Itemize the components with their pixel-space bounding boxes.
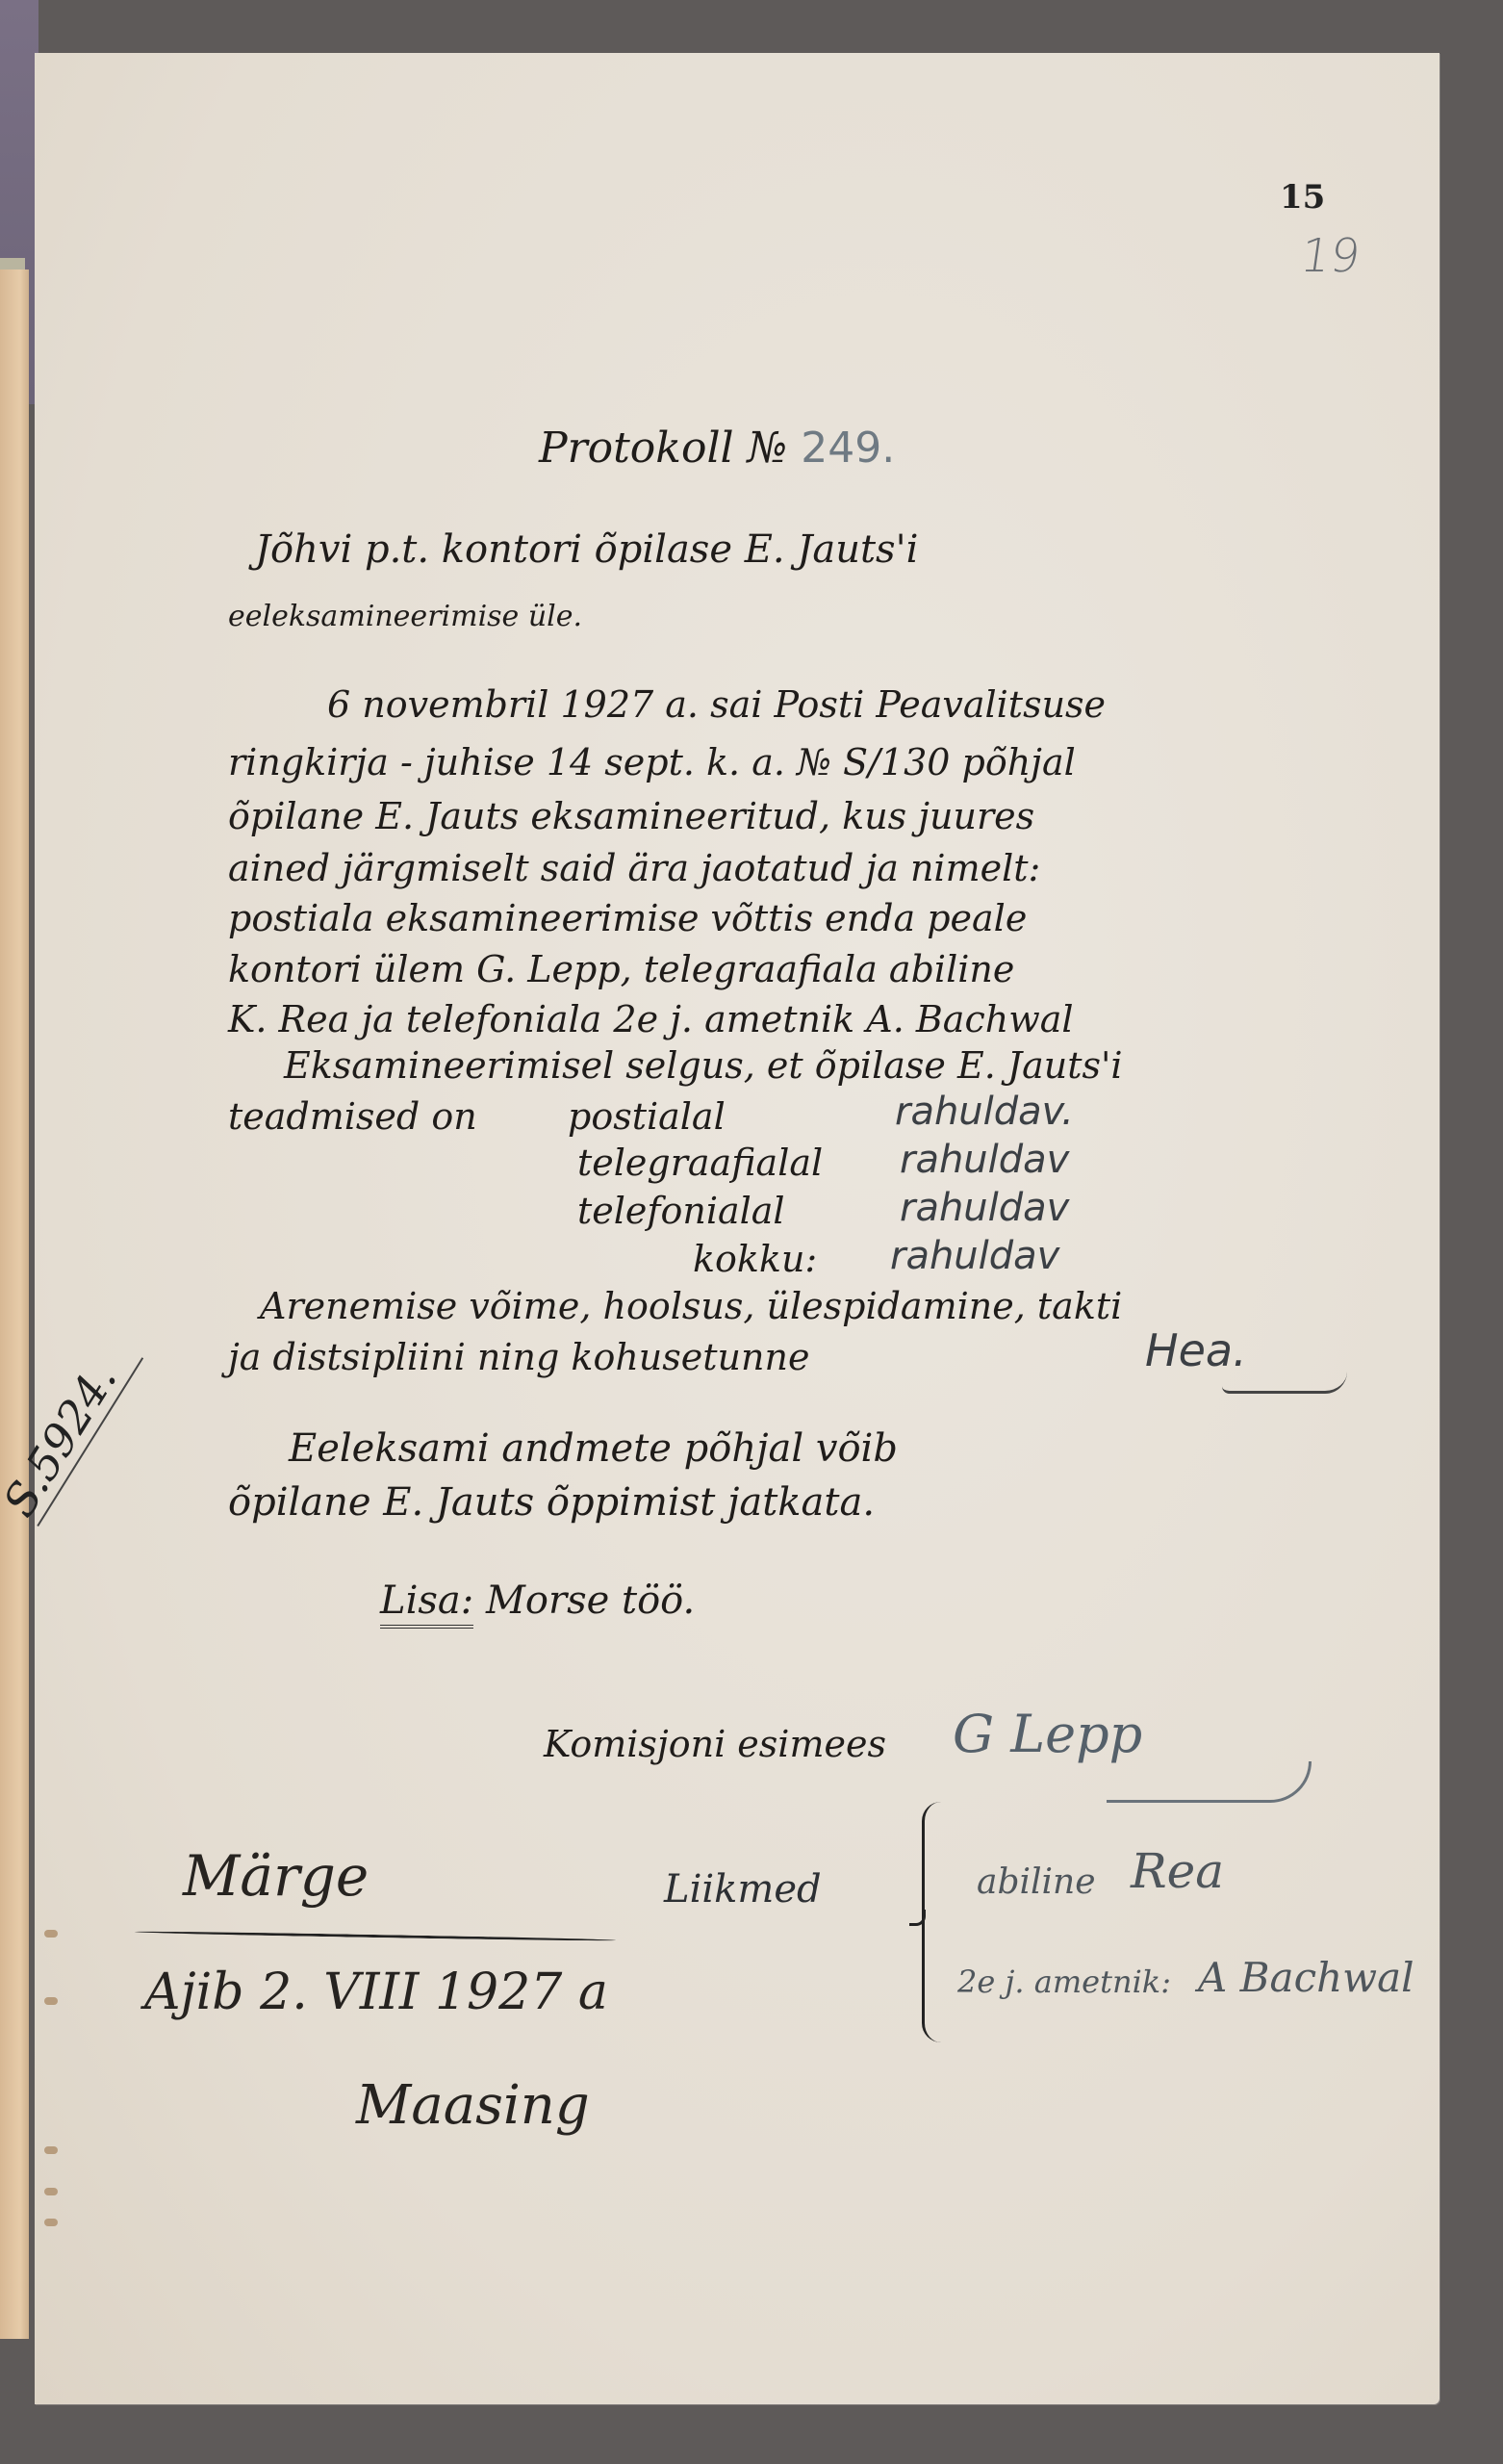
resolution-line: Ajib 2. VIII 1927 a <box>144 1963 608 2021</box>
body-line: 6 novembril 1927 a. sai Posti Peavalitsu… <box>327 683 1106 726</box>
attachment-value: Morse töö. <box>486 1578 695 1623</box>
exam-lead: teadmised on <box>228 1095 477 1138</box>
result-grade-telephone: rahuldav <box>900 1186 1069 1230</box>
member2-signature: A Bachwal <box>1198 1954 1414 2001</box>
protocol-title: Protokoll № 249. <box>539 423 895 473</box>
body-line: ringkirja - juhise 14 sept. k. a. № S/13… <box>228 741 1076 783</box>
subject-line-1: Jõhvi p.t. kontori õpilase E. Jauts'i <box>255 527 918 572</box>
result-subject-total: kokku: <box>693 1238 817 1280</box>
subject-line-2: eeleksamineerimise üle. <box>228 600 582 633</box>
members-label: Liikmed <box>664 1867 822 1912</box>
protocol-number: 249. <box>801 423 895 473</box>
member1-signature: Rea <box>1131 1843 1224 1899</box>
body-line: kontori ülem G. Lepp, telegraafiala abil… <box>228 948 1014 990</box>
resolution-signature: Maasing <box>356 2074 590 2137</box>
conclusion-line-2: õpilane E. Jauts õppimist jatkata. <box>228 1480 875 1525</box>
body-line: õpilane E. Jauts eksamineeritud, kus juu… <box>228 795 1034 837</box>
result-grade-post: rahuldav. <box>895 1090 1074 1134</box>
attachment: Lisa: Morse töö. <box>380 1578 695 1623</box>
chair-signature: G Lepp <box>953 1704 1142 1764</box>
grade-swash-stroke <box>1222 1372 1347 1394</box>
qualities-line-2: ja distsipliini ning kohusetunne <box>228 1336 809 1378</box>
result-grade-telegraph: rahuldav <box>900 1138 1069 1182</box>
body-line: postiala eksamineerimise võttis enda pea… <box>228 897 1027 939</box>
pencil-page-number: 19 <box>1297 229 1363 283</box>
body-line: ained järgmiselt said ära jaotatud ja ni… <box>228 847 1040 889</box>
qualities-line-1: Arenemise võime, hoolsus, ülespidamine, … <box>260 1285 1122 1327</box>
result-grade-total: rahuldav <box>890 1234 1059 1278</box>
body-line: K. Rea ja telefoniala 2e j. ametnik A. B… <box>228 998 1074 1040</box>
exam-intro: Eksamineerimisel selgus, et õpilase E. J… <box>284 1044 1123 1087</box>
chair-signature-swash <box>1107 1761 1312 1803</box>
stamped-page-number: 15 <box>1280 178 1325 217</box>
member1-role: abiline <box>977 1862 1096 1902</box>
result-subject-post: postialal <box>568 1095 726 1138</box>
qualities-grade: Hea. <box>1145 1324 1247 1376</box>
resolution-title: Märge <box>183 1843 369 1909</box>
attachment-label: Lisa: <box>380 1578 473 1629</box>
conclusion-line-1: Eeleksami andmete põhjal võib <box>289 1426 898 1471</box>
member2-role: 2e j. ametnik: <box>957 1963 1171 2000</box>
chair-label: Komisjoni esimees <box>544 1723 886 1765</box>
protocol-label: Protokoll № <box>539 423 787 473</box>
members-brace <box>922 1802 950 2042</box>
result-subject-telephone: telefonialal <box>577 1190 785 1232</box>
folder-pages-tan <box>0 269 29 2339</box>
result-subject-telegraph: telegraafialal <box>577 1142 823 1184</box>
